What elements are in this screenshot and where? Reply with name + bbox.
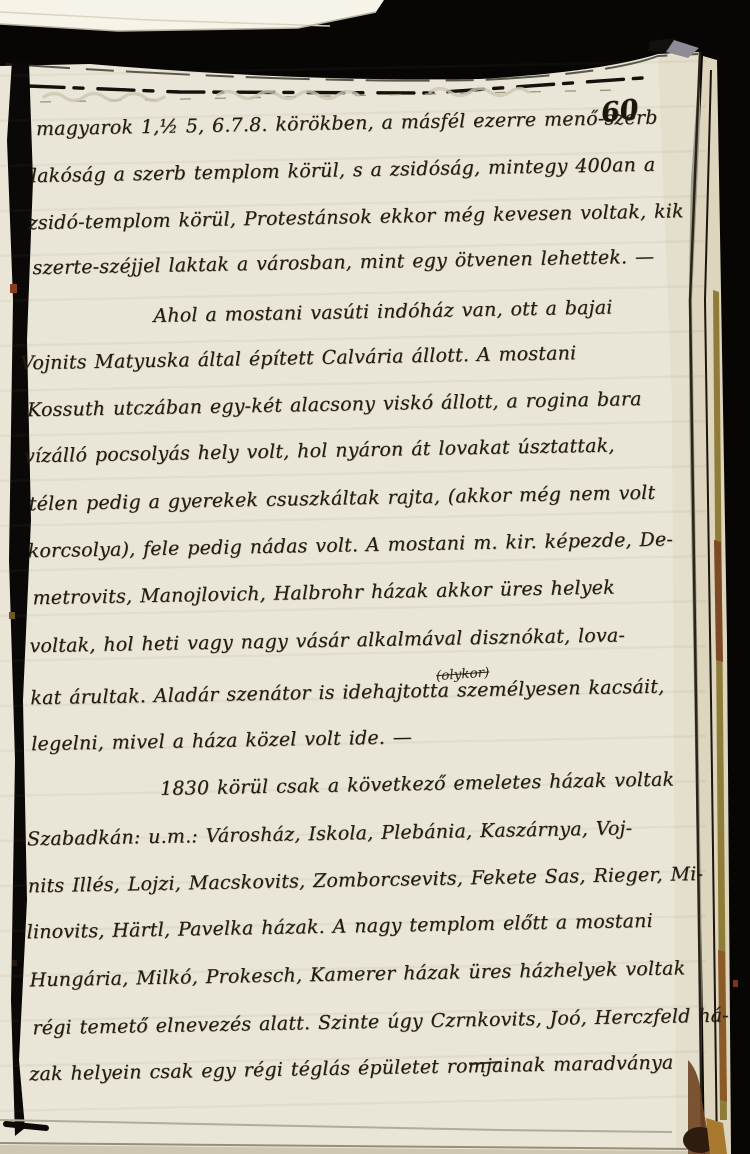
handwritten-line: magyarok 1,½ 5, 6.7.8. körökben, a másfé…: [36, 107, 658, 140]
handwritten-line: Szabadkán: u.m.: Városház, Iskola, Plebá…: [27, 817, 633, 850]
handwritten-line: linovits, Härtl, Pavelka házak. A nagy t…: [26, 910, 653, 943]
handwritten-line: Ahol a mostani vasúti indóház van, ott a…: [153, 297, 613, 327]
handwritten-line: vízálló pocsolyás hely volt, hol nyáron …: [24, 435, 615, 468]
handwritten-line: nits Illés, Lojzi, Macskovits, Zomborcse…: [28, 863, 704, 897]
manuscript-scan: 60 magyarok 1,½ 5, 6.7.8. körökben, a má…: [0, 0, 750, 1154]
handwritten-text-block: magyarok 1,½ 5, 6.7.8. körökben, a másfé…: [0, 0, 750, 1154]
handwritten-line: kat árultak. Aladár szenátor is idehajto…: [30, 676, 664, 710]
page-number: 60: [599, 94, 640, 129]
handwritten-line: Vojnits Matyuska által épített Calvária …: [20, 342, 576, 374]
handwritten-line: lakóság a szerb templom körül, s a zsidó…: [31, 154, 656, 187]
handwritten-line: Hungária, Milkó, Prokesch, Kamerer házak…: [29, 957, 685, 991]
handwritten-line: legelni, mivel a háza közel volt ide. —: [31, 726, 412, 755]
handwritten-line: zsidó-templom körül, Protestánsok ekkor …: [28, 200, 684, 234]
handwritten-line: 1830 körül csak a következő emeletes ház…: [160, 768, 675, 799]
handwritten-line: Kossuth utczában egy-két alacsony viskó …: [27, 388, 642, 421]
handwritten-line: metrovits, Manojlovich, Halbrohr házak a…: [32, 577, 615, 610]
handwritten-line: szerte-széjjel laktak a városban, mint e…: [32, 246, 654, 279]
handwritten-line: zak helyein csak egy régi téglás épülete…: [29, 1052, 674, 1086]
handwritten-line: voltak, hol heti vagy nagy vásár alkalmá…: [29, 624, 625, 657]
handwritten-line: régi temető elnevezés alatt. Szinte úgy …: [32, 1005, 729, 1040]
handwritten-line: télen pedig a gyerekek csuszkáltak rajta…: [29, 482, 656, 515]
handwritten-line: korcsolya), fele pedig nádas volt. A mos…: [28, 528, 674, 562]
